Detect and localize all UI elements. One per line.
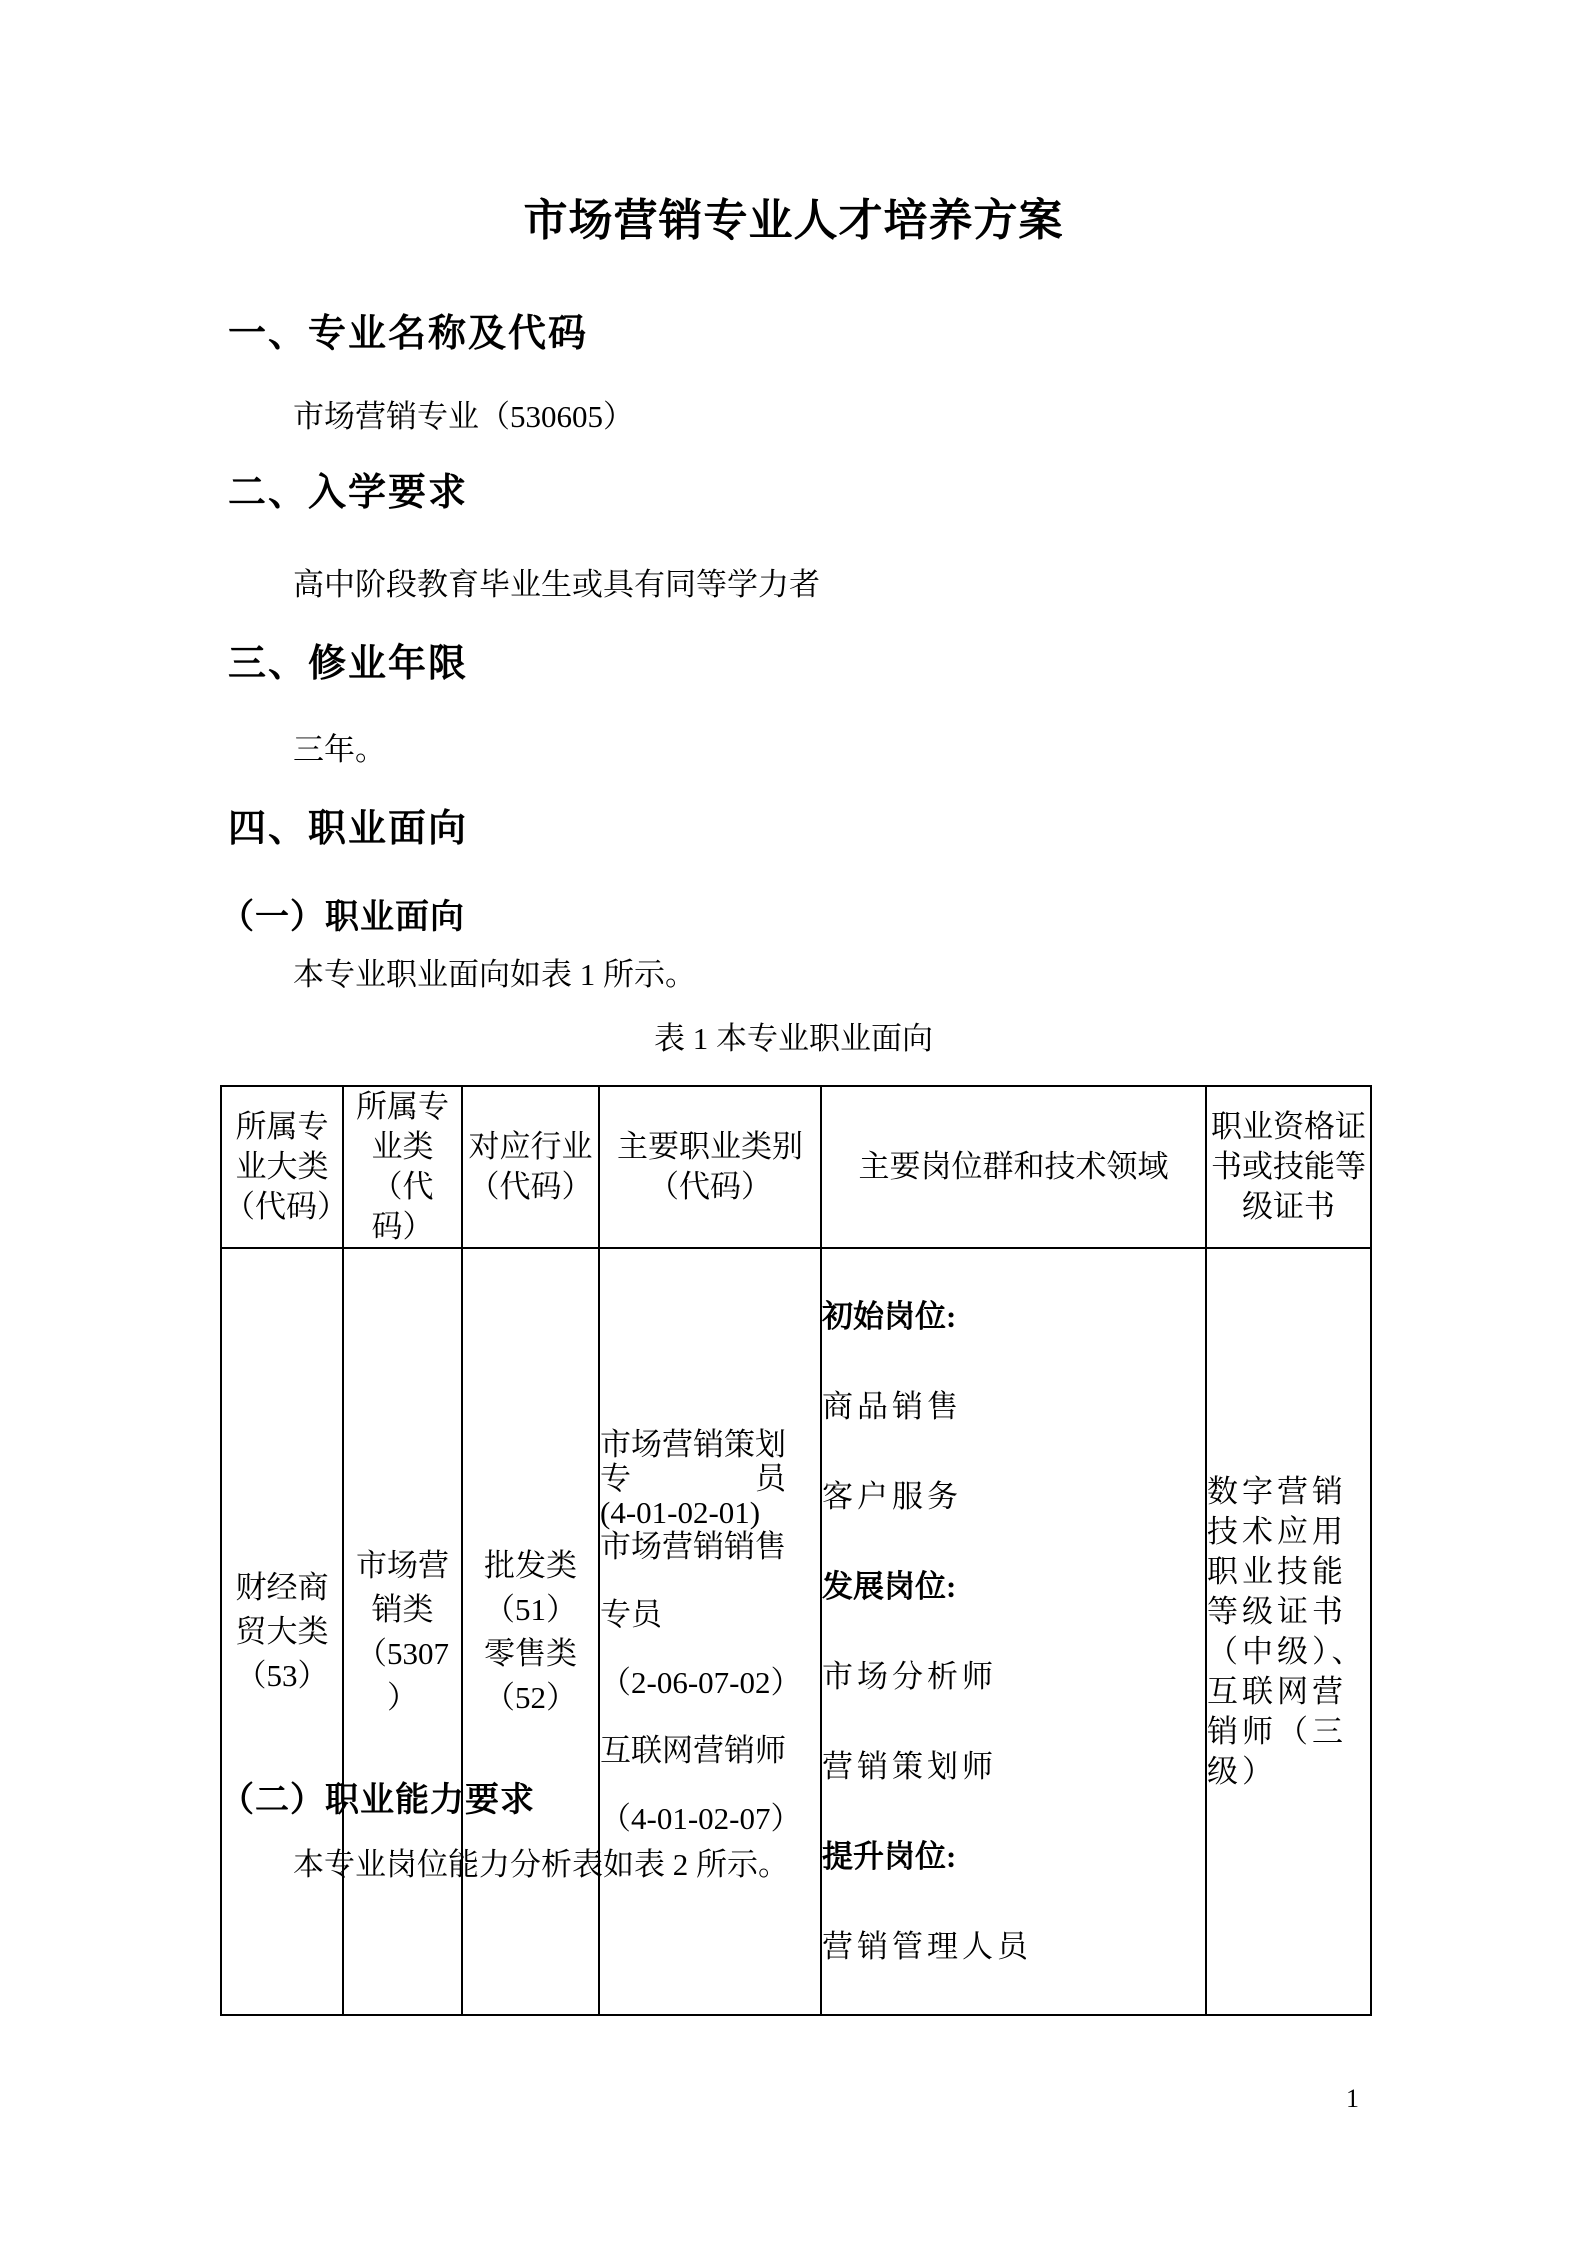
cell-position-group: 初始岗位: 商品销售 客户服务 发展岗位: 市场分析师 营销策划师 提升岗位: … — [821, 1248, 1206, 2015]
header-industry: 对应行业 （代码） — [462, 1086, 599, 1248]
header-certificates: 职业资格证 书或技能等 级证书 — [1206, 1086, 1371, 1248]
position-item: 市场分析师 — [822, 1654, 1205, 1699]
header-major-category: 所属专 业大类 （代码） — [221, 1086, 343, 1248]
position-item: 营销策划师 — [822, 1744, 1205, 1789]
section-2-body: 高中阶段教育毕业生或具有同等学力者 — [293, 566, 820, 603]
section-3-heading: 三、修业年限 — [228, 643, 468, 687]
section-1-heading: 一、专业名称及代码 — [228, 313, 588, 357]
header-major-class: 所属专 业类（代 码） — [343, 1086, 462, 1248]
promotion-positions-label: 提升岗位: — [822, 1834, 1205, 1879]
cell-certificates: 数字营销 技术应用 职业技能 等级证书 （中级）、 互联网营 销师（三 级） — [1206, 1248, 1371, 2015]
subsection-4-1-heading: （一）职业面向 — [220, 898, 465, 937]
table-row: 财经商 贸大类 （53） 市场营 销类 （5307 ） 批发类 （51） 零售类… — [221, 1248, 1371, 2015]
subsection-4-2-body: 本专业岗位能力分析表如表 2 所示。 — [293, 1846, 789, 1883]
position-item: 营销管理人员 — [822, 1924, 1205, 1969]
subsection-4-1-body: 本专业职业面向如表 1 所示。 — [293, 956, 696, 993]
subsection-4-2-heading: （二）职业能力要求 — [220, 1781, 535, 1820]
document-title: 市场营销专业人才培养方案 — [0, 196, 1587, 247]
header-occupation-category: 主要职业类别 （代码） — [599, 1086, 821, 1248]
cell-major-class: 市场营 销类 （5307 ） — [343, 1248, 462, 2015]
table-1-caption: 表 1 本专业职业面向 — [0, 1020, 1587, 1057]
section-3-body: 三年。 — [293, 731, 386, 768]
page-number: 1 — [1346, 2083, 1359, 2114]
position-item: 客户服务 — [822, 1474, 1205, 1519]
header-position-group: 主要岗位群和技术领域 — [821, 1086, 1206, 1248]
section-2-heading: 二、入学要求 — [228, 472, 468, 516]
cell-major-category: 财经商 贸大类 （53） — [221, 1248, 343, 2015]
document-page: { "document": { "title": "市场营销专业人才培养方案",… — [0, 0, 1587, 2245]
cell-occupations: 市场营销策划 专 员 (4-01-02-01) 市场营销销售 专员 （2-06-… — [599, 1248, 821, 2015]
section-1-body: 市场营销专业（530605） — [293, 398, 634, 435]
table-header-row: 所属专 业大类 （代码） 所属专 业类（代 码） 对应行业 （代码） 主要职业类… — [221, 1086, 1371, 1248]
position-item: 商品销售 — [822, 1384, 1205, 1429]
cell-industry: 批发类 （51） 零售类 （52） — [462, 1248, 599, 2015]
initial-positions-label: 初始岗位: — [822, 1294, 1205, 1339]
section-4-heading: 四、职业面向 — [228, 808, 468, 852]
development-positions-label: 发展岗位: — [822, 1564, 1205, 1609]
